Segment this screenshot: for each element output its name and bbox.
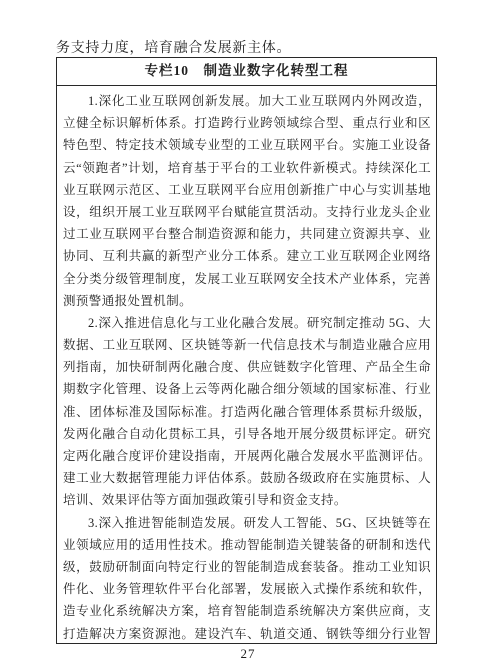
callout-box: 专栏10 制造业数字化转型工程 1.深化工业互联网创新发展。加大工业互联网内外网… — [56, 57, 437, 644]
box-text-line: 期数字化管理、设备上云等两化融合细分领域的国家标准、行业标 — [63, 378, 431, 400]
callout-box-title: 专栏10 制造业数字化转型工程 — [57, 58, 436, 86]
box-text-line: 打造解决方案资源池。建设汽车、轨道交通、钢铁等细分行业智能 — [63, 623, 431, 645]
box-text-line: 数据、工业互联网、区块链等新一代信息技术与制造业融合应用系 — [63, 334, 431, 356]
box-text-line: 建工业大数据管理能力评估体系。鼓励各级政府在实施贯标、人员 — [63, 467, 431, 489]
box-text-line: 设，组织开展工业互联网平台赋能宣贯活动。支持行业龙头企业通 — [63, 201, 431, 223]
box-text-line: 级，鼓励研制面向特定行业的智能制造成套装备。推动工业知识软 — [63, 556, 431, 578]
box-text-line: 业互联网示范区、工业互联网平台应用创新推广中心与实训基地建 — [63, 179, 431, 201]
box-text-line: 云“领跑者”计划，培育基于平台的工业软件新模式。持续深化工 — [63, 157, 431, 179]
box-text-line: 1.深化工业互联网创新发展。加大工业互联网内外网改造，建 — [63, 90, 431, 112]
box-text-line: 造专业化系统解决方案，培育智能制造系统解决方案供应商，支持 — [63, 600, 431, 622]
box-text-line: 过工业互联网平台整合制造资源和能力，共同建立资源共享、业务 — [63, 223, 431, 245]
box-text-line: 2.深入推进信息化与工业化融合发展。研究制定推动 5G、大 — [63, 312, 431, 334]
box-text-line: 发两化融合自动化贯标工具，引导各地开展分级贯标评定。研究制 — [63, 423, 431, 445]
page-number: 27 — [0, 646, 496, 662]
box-text-line: 业领域应用的适用性技术。推动智能制造关键装备的研制和迭代升 — [63, 534, 431, 556]
box-text-line: 列指南，加快研制两化融合度、供应链数字化管理、产品全生命周 — [63, 356, 431, 378]
box-body: 1.深化工业互联网创新发展。加大工业互联网内外网改造，建立健全标识解析体系。打造… — [57, 86, 436, 645]
box-text-line: 3.深入推进智能制造发展。研发人工智能、5G、区块链等在工 — [63, 512, 431, 534]
paragraph-continuation-line: 务支持力度，培育融合发展新主体。 — [56, 37, 456, 57]
box-text-line: 件化、业务管理软件平台化部署，发展嵌入式操作系统和软件，打 — [63, 578, 431, 600]
box-text-line: 立健全标识解析体系。打造跨行业跨领域综合型、重点行业和区域 — [63, 112, 431, 134]
box-text-line: 协同、互利共赢的新型产业分工体系。建立工业互联网企业网络安 — [63, 245, 431, 267]
box-text-line: 特色型、特定技术领域专业型的工业互联网平台。实施工业设备上 — [63, 134, 431, 156]
box-text-line: 测预警通报处置机制。 — [63, 290, 431, 312]
box-text-line: 全分类分级管理制度，发展工业互联网安全技术产业体系，完善监 — [63, 268, 431, 290]
box-text-line: 定两化融合度评价建设指南，开展两化融合发展水平监测评估。构 — [63, 445, 431, 467]
box-text-line: 准、团体标准及国际标准。打造两化融合管理体系贯标升级版，开 — [63, 401, 431, 423]
document-page: 务支持力度，培育融合发展新主体。 专栏10 制造业数字化转型工程 1.深化工业互… — [0, 0, 496, 672]
box-text-line: 培训、效果评估等方面加强政策引导和资金支持。 — [63, 489, 431, 511]
